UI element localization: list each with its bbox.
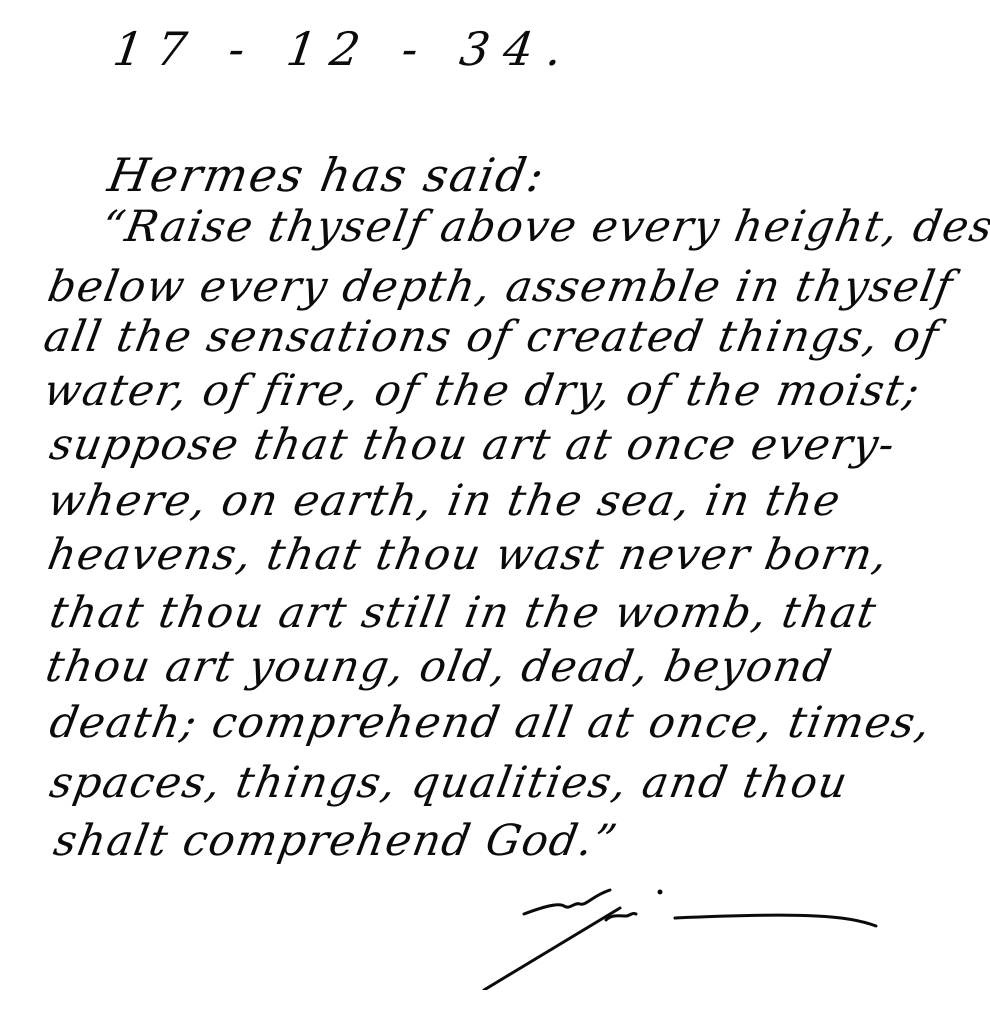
letter-line-11: spaces, things, qualities, and thou <box>46 758 852 808</box>
letter-page: 17 - 12 - 34. Hermes has said: “Raise th… <box>0 0 990 1028</box>
letter-line-10: death; comprehend all at once, times, <box>46 698 935 748</box>
signature-icon <box>480 880 880 990</box>
letter-line-8: that thou art still in the womb, that <box>46 588 881 638</box>
letter-line-4: water, of fire, of the dry, of the moist… <box>40 366 925 416</box>
letter-line-6: where, on earth, in the sea, in the <box>44 476 845 526</box>
letter-line-7: heavens, that thou wast never born, <box>44 530 893 580</box>
letter-greeting: Hermes has said: <box>104 148 550 202</box>
letter-line-12: shalt comprehend God.” <box>50 816 622 866</box>
letter-line-2: below every depth, assemble in thyself <box>44 262 957 312</box>
letter-line-3: all the sensations of created things, of <box>40 312 943 362</box>
letter-date: 17 - 12 - 34. <box>110 22 579 76</box>
letter-line-1: “Raise thyself above every height, desce… <box>98 202 990 252</box>
letter-line-5: suppose that thou art at once every- <box>46 420 900 470</box>
letter-line-9: thou art young, old, dead, beyond <box>42 642 836 692</box>
